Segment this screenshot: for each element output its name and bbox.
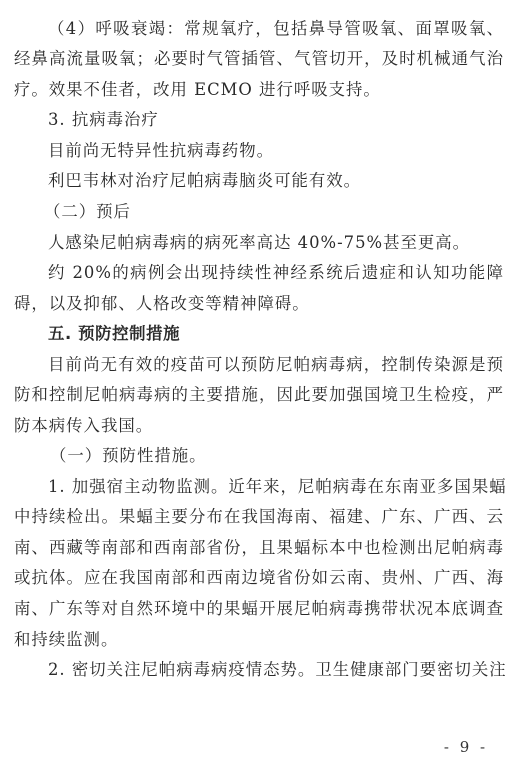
paragraph-sequelae-line-1: 约 20%的病例会出现持续性神经系统后遗症和认知功能障 bbox=[48, 262, 504, 284]
paragraph-respiratory-failure-line-3: 疗。效果不佳者，改用 ECMO 进行呼吸支持。 bbox=[14, 79, 504, 101]
paragraph-prevention-intro-line-2: 防和控制尼帕病毒病的主要措施，因此要加强国境卫生检疫，严 bbox=[14, 384, 504, 406]
subheading-antiviral-treatment: 3. 抗病毒治疗 bbox=[48, 109, 504, 131]
paragraph-host-monitoring-line-5: 南、广东等对自然环境中的果蝠开展尼帕病毒携带状况本底调查 bbox=[14, 598, 504, 620]
paragraph-prevention-intro-line-3: 防本病传入我国。 bbox=[14, 415, 504, 437]
paragraph-prevention-intro-line-1: 目前尚无有效的疫苗可以预防尼帕病毒病，控制传染源是预 bbox=[48, 354, 504, 376]
page-number: - 9 - bbox=[438, 738, 494, 756]
paragraph-sequelae-line-2: 碍，以及抑郁、人格改变等精神障碍。 bbox=[14, 293, 504, 315]
paragraph-respiratory-failure-line-1: （4）呼吸衰竭：常规氧疗，包括鼻导管吸氧、面罩吸氧、 bbox=[48, 18, 504, 40]
paragraph-host-monitoring-line-6: 和持续监测。 bbox=[14, 629, 504, 651]
subheading-prognosis: （二）预后 bbox=[44, 201, 500, 223]
paragraph-ribavirin: 利巴韦林对治疗尼帕病毒脑炎可能有效。 bbox=[48, 170, 504, 192]
paragraph-respiratory-failure-line-2: 经鼻高流量吸氧；必要时气管插管、气管切开，及时机械通气治 bbox=[14, 48, 504, 70]
paragraph-host-monitoring-line-3: 南、西藏等南部和西南部省份，且果蝠标本中也检测出尼帕病毒 bbox=[14, 537, 504, 559]
paragraph-epidemic-monitoring-line-1: 2. 密切关注尼帕病毒病疫情态势。卫生健康部门要密切关注 bbox=[48, 659, 504, 681]
paragraph-no-antiviral: 目前尚无特异性抗病毒药物。 bbox=[48, 140, 504, 162]
paragraph-host-monitoring-line-1: 1. 加强宿主动物监测。近年来，尼帕病毒在东南亚多国果蝠 bbox=[48, 476, 504, 498]
subheading-preventive-measures: （一）预防性措施。 bbox=[50, 445, 506, 467]
paragraph-host-monitoring-line-2: 中持续检出。果蝠主要分布在我国海南、福建、广东、广西、云 bbox=[14, 506, 504, 528]
section-heading-prevention-control: 五. 预防控制措施 bbox=[48, 323, 504, 345]
document-page: （4）呼吸衰竭：常规氧疗，包括鼻导管吸氧、面罩吸氧、 经鼻高流量吸氧；必要时气管… bbox=[0, 0, 518, 765]
paragraph-mortality: 人感染尼帕病毒病的病死率高达 40%-75%甚至更高。 bbox=[48, 232, 504, 254]
paragraph-host-monitoring-line-4: 或抗体。应在我国南部和西南边境省份如云南、贵州、广西、海 bbox=[14, 567, 504, 589]
